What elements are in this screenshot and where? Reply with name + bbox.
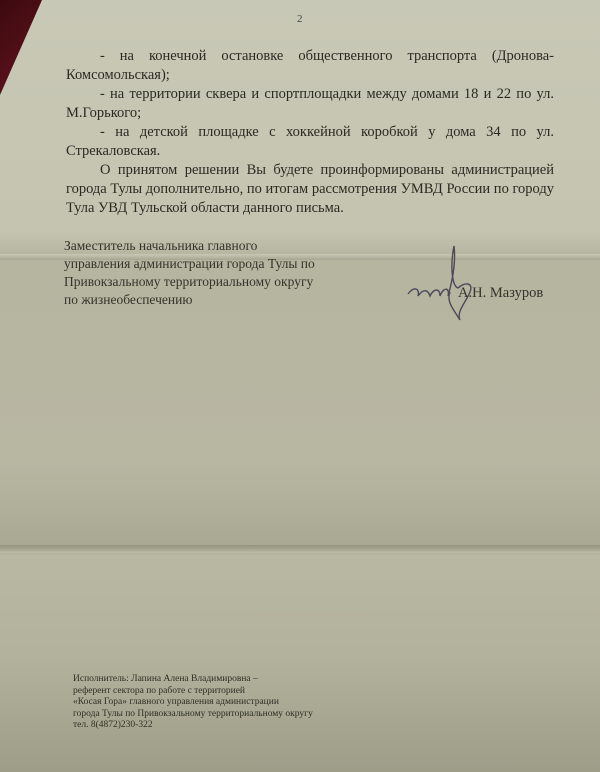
closing-paragraph: О принятом решении Вы будете проинформир… xyxy=(66,161,554,218)
executor-line: референт сектора по работе с территорией xyxy=(73,686,313,698)
handwritten-signature-icon xyxy=(400,242,490,322)
list-item: - на детской площадке с хоккейной коробк… xyxy=(66,123,554,161)
list-item: - на территории сквера и спортплощадки м… xyxy=(66,85,554,123)
signatory-title-line: Заместитель начальника главного xyxy=(64,237,315,255)
signatory-title: Заместитель начальника главного управлен… xyxy=(64,237,315,309)
executor-line: «Косая Гора» главного управления админис… xyxy=(73,697,313,709)
executor-phone: тел. 8(4872)230-322 xyxy=(73,720,313,732)
executor-info: Исполнитель: Лапина Алена Владимировна –… xyxy=(73,674,313,732)
executor-line: Исполнитель: Лапина Алена Владимировна – xyxy=(73,674,313,686)
paper-fold xyxy=(0,545,600,553)
signatory-title-line: по жизнеобеспечению xyxy=(64,291,315,309)
letter-body: - на конечной остановке общественного тр… xyxy=(66,47,554,218)
signatory-name: А.Н. Мазуров xyxy=(458,284,543,303)
signatory-title-line: управления администрации города Тулы по xyxy=(64,255,315,273)
list-item: - на конечной остановке общественного тр… xyxy=(66,47,554,85)
signatory-title-line: Привокзальному территориальному округу xyxy=(64,273,315,291)
executor-line: города Тулы по Привокзальному территориа… xyxy=(73,709,313,721)
page-number: 2 xyxy=(297,10,303,29)
